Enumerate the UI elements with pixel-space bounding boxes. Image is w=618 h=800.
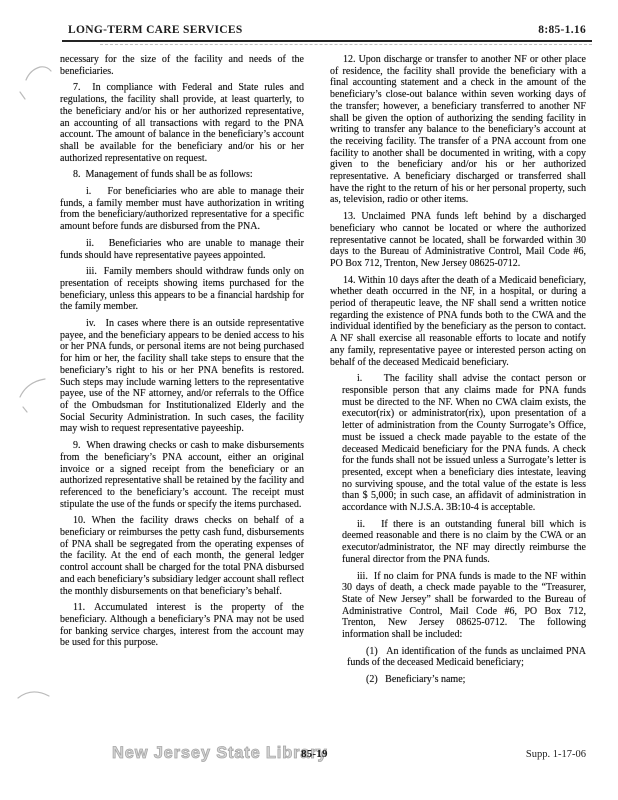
paragraph-14-item-iii: iii. If no claim for PNA funds is made t… [342,571,586,641]
paragraph-9: 9. When drawing checks or cash to make d… [60,440,304,510]
paragraph-14: 14. Within 10 days after the death of a … [330,275,586,369]
left-column: necessary for the size of the facility a… [60,54,304,691]
paragraph-14-iii-item-1: (1) An identification of the funds as un… [347,646,586,669]
supplement-date: Supp. 1-17-06 [526,749,586,760]
paragraph-8: 8. Management of funds shall be as follo… [60,169,304,181]
paragraph-12: 12. Upon discharge or transfer to anothe… [330,54,586,206]
page-title: LONG-TERM CARE SERVICES [68,24,243,36]
paragraph-8-item-i: i. For beneficiaries who are able to man… [60,186,304,233]
paragraph-10: 10. When the facility draws checks on be… [60,515,304,597]
pencil-mark-icon [18,692,49,698]
page-header: LONG-TERM CARE SERVICES 8:85-1.16 [68,24,586,36]
paragraph-14-iii-item-2: (2) Beneficiary’s name; [347,674,586,686]
paragraph-7: 7. In compliance with Federal and State … [60,82,304,164]
page-number: 85-19 [301,748,328,760]
paragraph-8-item-iii: iii. Family members should withdraw fund… [60,266,304,313]
paragraph-14-item-i: i. The facility shall advise the contact… [342,373,586,513]
paragraph-6-continuation: necessary for the size of the facility a… [60,54,304,77]
paragraph-11: 11. Accumulated interest is the property… [60,602,304,649]
page-footer: New Jersey State Library 85-19 Supp. 1-1… [0,742,618,772]
paragraph-13: 13. Unclaimed PNA funds left behind by a… [330,211,586,270]
paragraph-8-item-iv: iv. In cases where there is an outside r… [60,318,304,435]
header-rule-dashed [100,44,592,45]
library-stamp: New Jersey State Library [112,744,327,763]
header-rule [62,40,592,42]
right-column: 12. Upon discharge or transfer to anothe… [330,54,586,691]
paragraph-14-item-ii: ii. If there is an outstanding funeral b… [342,519,586,566]
document-page: LONG-TERM CARE SERVICES 8:85-1.16 necess… [0,0,618,800]
section-number: 8:85-1.16 [538,24,586,36]
document-body: necessary for the size of the facility a… [0,54,618,691]
paragraph-8-item-ii: ii. Beneficiaries who are unable to mana… [60,238,304,261]
